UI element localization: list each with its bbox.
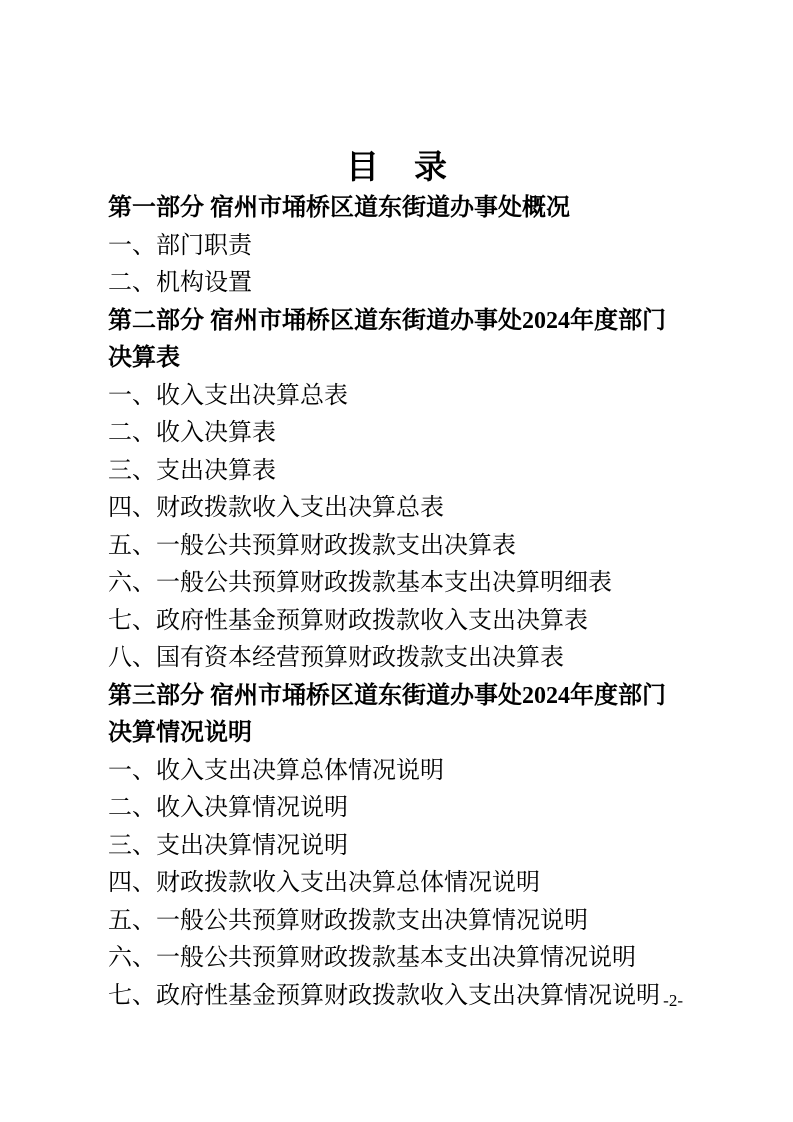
toc-item-2-8: 八、国有资本经营预算财政拨款支出决算表 — [108, 640, 686, 678]
document-page: 目 录 第一部分 宿州市埇桥区道东街道办事处概况 一、部门职责 二、机构设置 第… — [0, 0, 793, 1122]
toc-item-2-5: 五、一般公共预算财政拨款支出决算表 — [108, 528, 686, 566]
toc-item-2-1: 一、收入支出决算总表 — [108, 378, 686, 416]
section-1-heading: 第一部分 宿州市埇桥区道东街道办事处概况 — [108, 190, 686, 228]
toc-item-2-3: 三、支出决算表 — [108, 453, 686, 491]
toc-item-3-3: 三、支出决算情况说明 — [108, 828, 686, 866]
toc-content: 目 录 第一部分 宿州市埇桥区道东街道办事处概况 一、部门职责 二、机构设置 第… — [108, 146, 686, 1015]
toc-item-3-1: 一、收入支出决算总体情况说明 — [108, 753, 686, 791]
toc-item-3-6: 六、一般公共预算财政拨款基本支出决算情况说明 — [108, 940, 686, 978]
toc-item-3-2: 二、收入决算情况说明 — [108, 790, 686, 828]
toc-title: 目 录 — [108, 146, 686, 190]
toc-item-2-7: 七、政府性基金预算财政拨款收入支出决算表 — [108, 603, 686, 641]
section-2-heading: 第二部分 宿州市埇桥区道东街道办事处2024年度部门决算表 — [108, 303, 686, 378]
toc-item-3-5: 五、一般公共预算财政拨款支出决算情况说明 — [108, 903, 686, 941]
toc-item-2-6: 六、一般公共预算财政拨款基本支出决算明细表 — [108, 565, 686, 603]
toc-item-2-2: 二、收入决算表 — [108, 415, 686, 453]
toc-item-1-1: 一、部门职责 — [108, 228, 686, 266]
toc-item-3-7: 七、政府性基金预算财政拨款收入支出决算情况说明 — [108, 978, 686, 1016]
toc-item-1-2: 二、机构设置 — [108, 265, 686, 303]
toc-item-3-4: 四、财政拨款收入支出决算总体情况说明 — [108, 865, 686, 903]
page-number: -2- — [663, 991, 683, 1011]
section-3-heading: 第三部分 宿州市埇桥区道东街道办事处2024年度部门决算情况说明 — [108, 678, 686, 753]
toc-item-2-4: 四、财政拨款收入支出决算总表 — [108, 490, 686, 528]
